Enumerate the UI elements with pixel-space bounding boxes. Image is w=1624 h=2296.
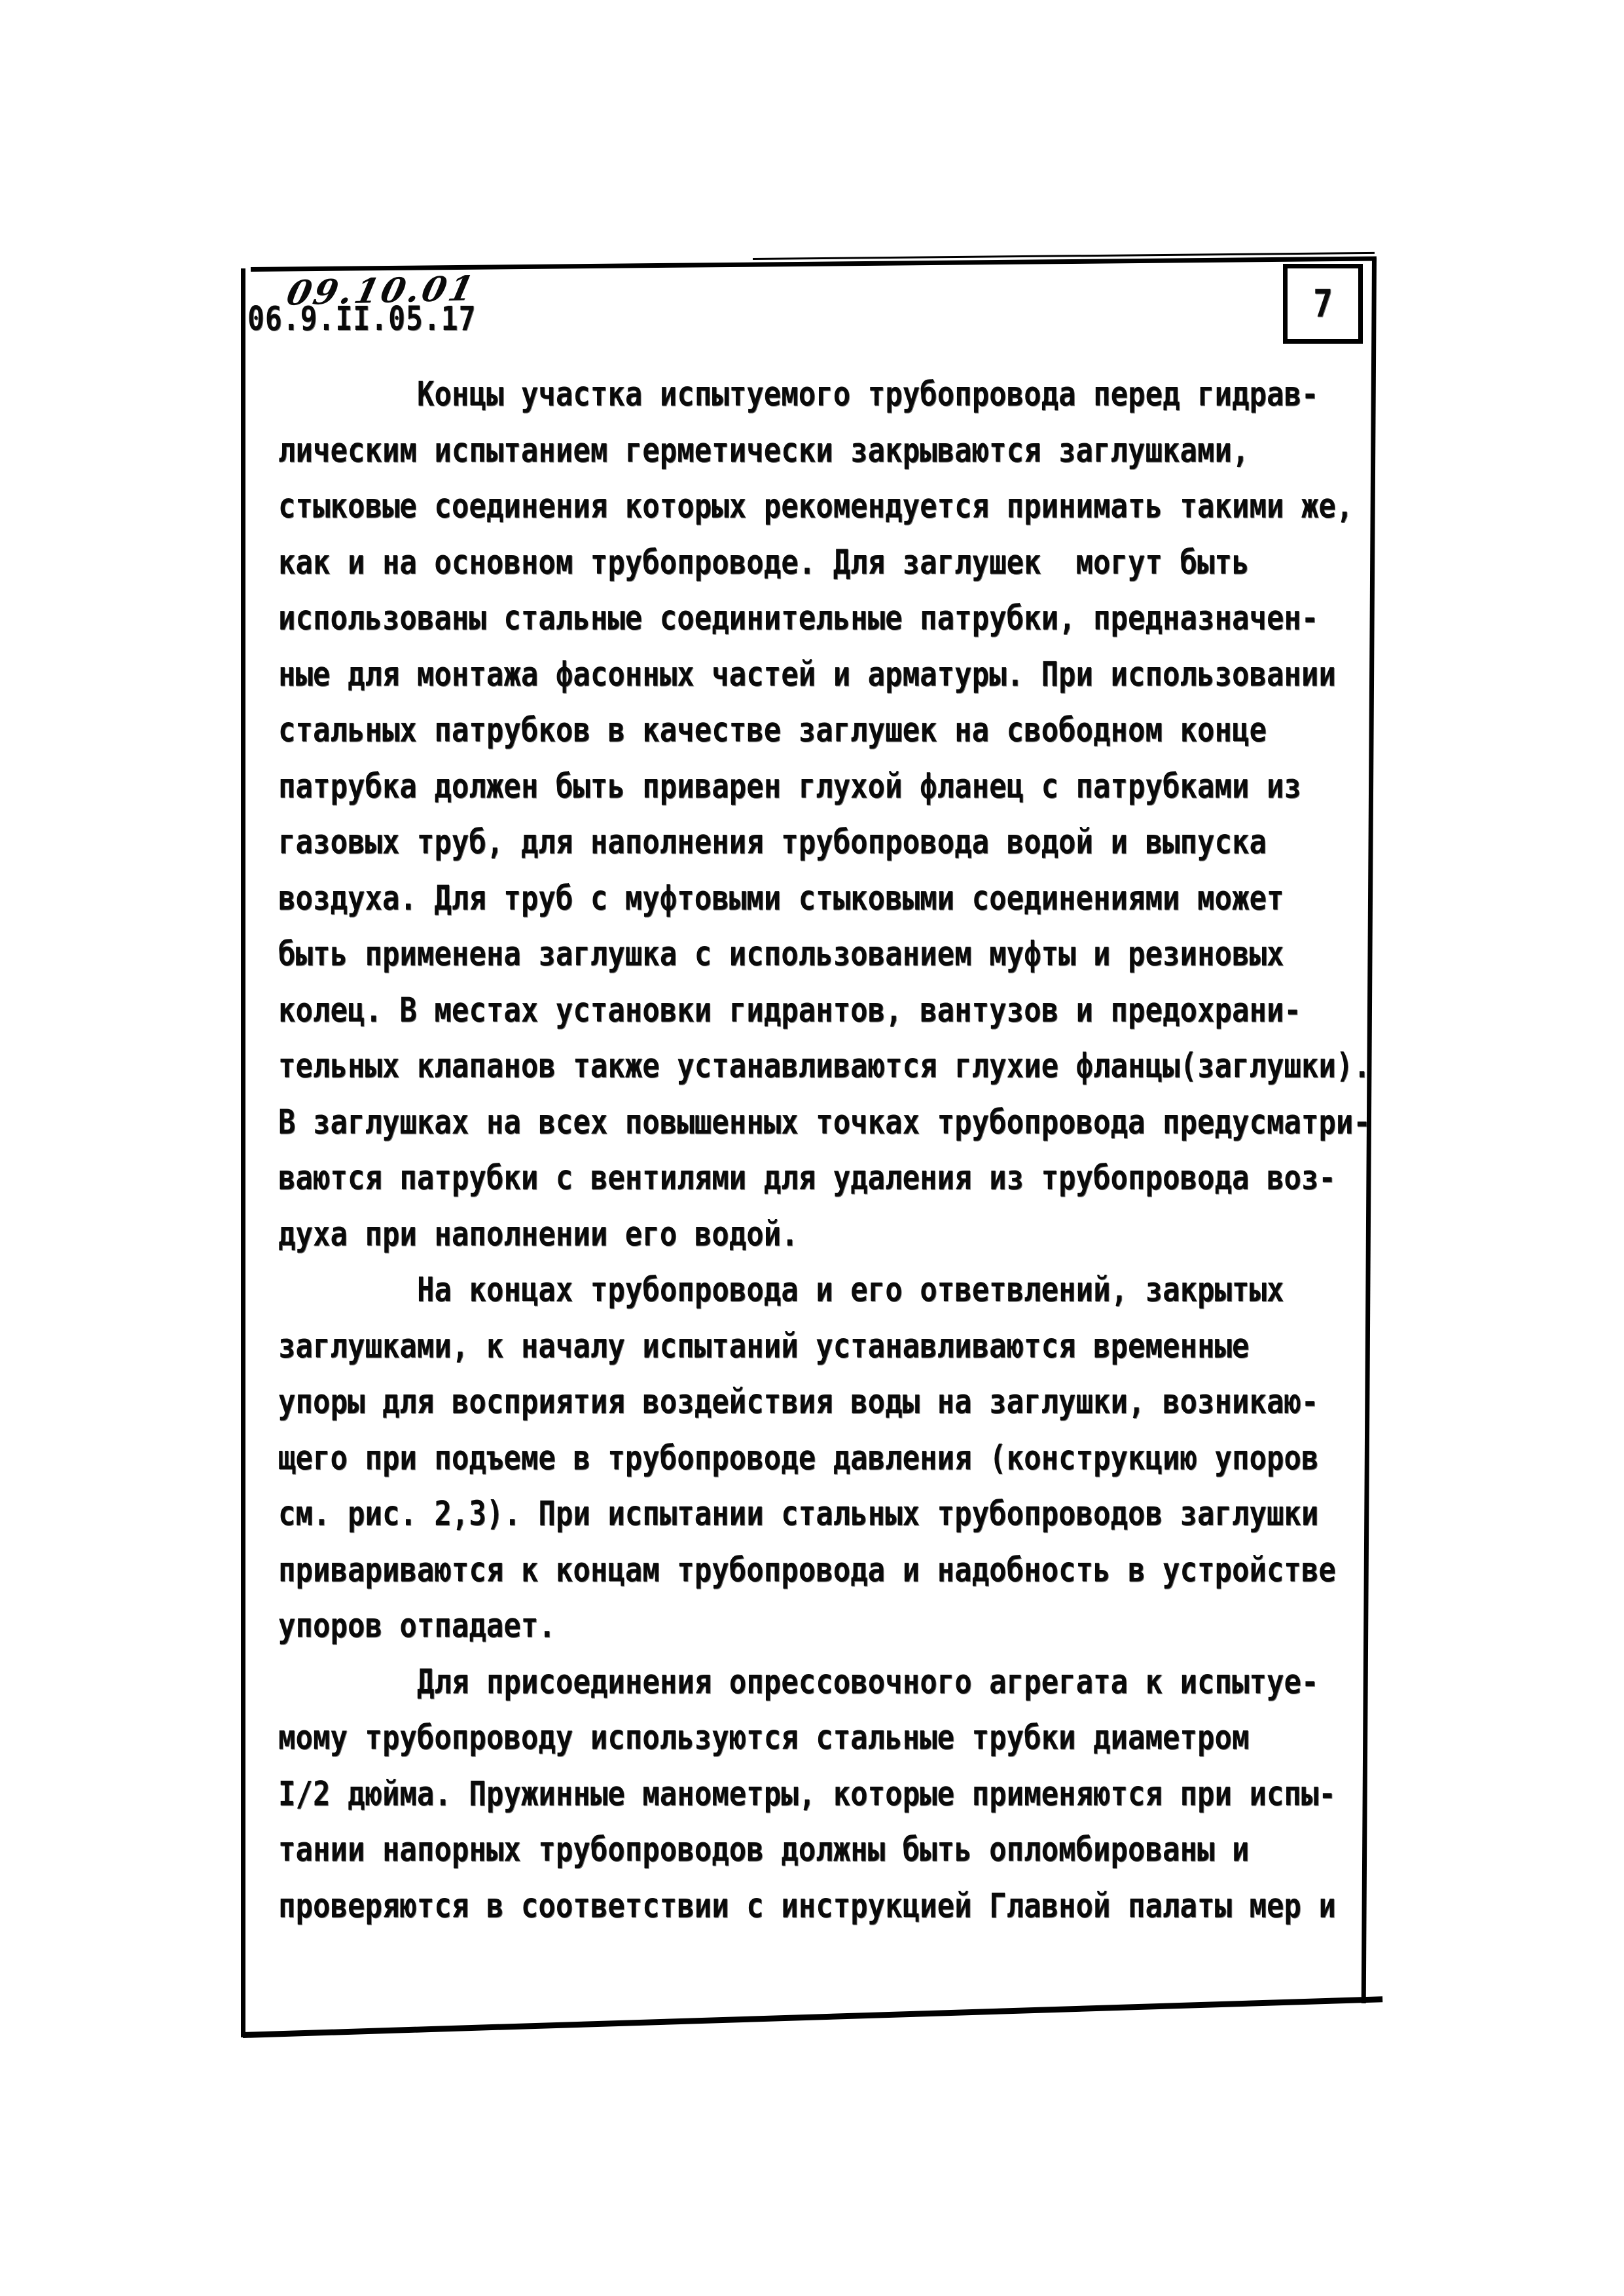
frame-bottom-border <box>243 1996 1382 2038</box>
scanned-page: 09.10.01 06.9.II.05.17 7 Концы участка и… <box>0 0 1624 2296</box>
typed-code: 06.9.II.05.17 <box>247 300 477 338</box>
page-number: 7 <box>1313 282 1333 326</box>
frame-left-border <box>241 268 245 2037</box>
page-number-box: 7 <box>1283 264 1363 344</box>
text-line: проверяются в соответствии с инструкцией… <box>278 1873 1378 1939</box>
body-text: Концы участка испытуемого трубопровода п… <box>278 367 1378 1934</box>
